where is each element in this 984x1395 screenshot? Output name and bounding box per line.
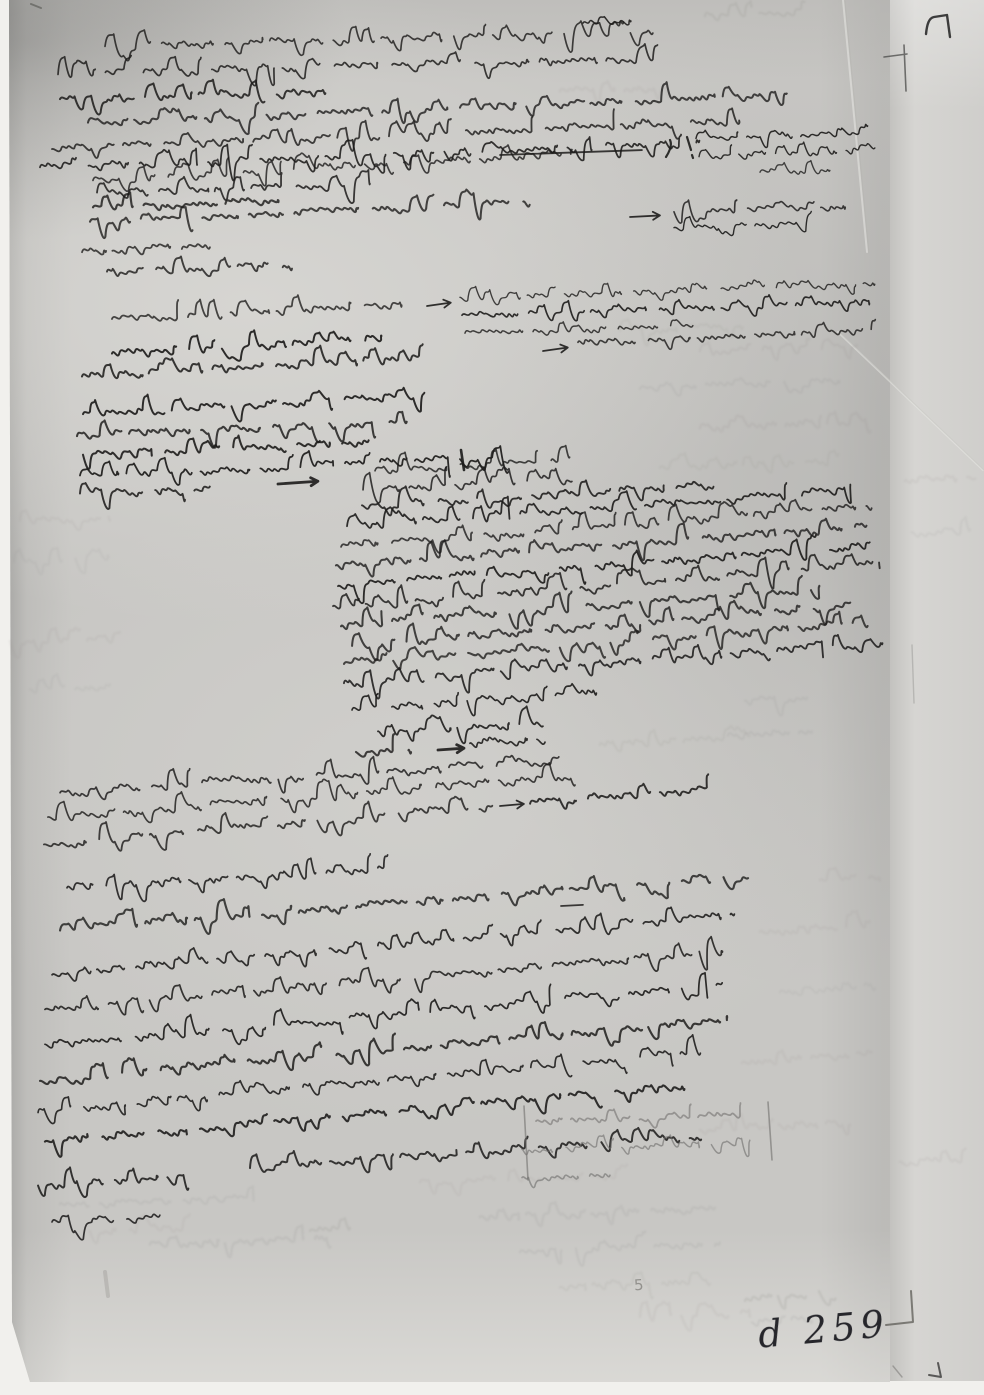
handwriting-line (340, 572, 821, 643)
fold-crease (843, 0, 867, 252)
bleed-line (420, 1164, 628, 1196)
handwriting-line (80, 479, 211, 510)
sheet-number: 5 (633, 1276, 644, 1295)
arrow-icon (278, 477, 318, 488)
handwriting-line (89, 187, 530, 239)
handwriting-line (59, 858, 750, 946)
arrow-icon (630, 211, 660, 221)
handwriting-line (343, 610, 869, 679)
handwriting-line (66, 853, 389, 906)
handwriting-line (674, 211, 812, 237)
arrow-icon (426, 299, 451, 310)
bleed-line (700, 337, 858, 364)
handwriting-line (696, 124, 869, 150)
handwriting-line (674, 195, 846, 224)
handwriting-line (583, 16, 631, 27)
corner-bracket-bottom-right-icon (886, 1291, 913, 1325)
annotation-marks (31, 4, 950, 1377)
pencil-note (522, 1102, 751, 1187)
edge-cross-mark-icon (884, 45, 907, 91)
underline (561, 905, 583, 906)
handwriting-line (87, 77, 787, 140)
arrow-icon (542, 344, 568, 355)
handwriting-layer (0, 0, 984, 1395)
bleed-line (29, 673, 110, 693)
handwriting-line (107, 253, 293, 280)
arrow-icon (438, 744, 464, 754)
handwriting-line (59, 745, 560, 807)
bleed-line (599, 725, 750, 752)
handwriting-line (699, 140, 875, 161)
handwriting-line (47, 759, 576, 832)
pencil-stroke-adjacent-sheet (912, 645, 914, 703)
arrow-icon (500, 800, 525, 810)
bleed-line (620, 316, 743, 347)
handwriting-line (52, 1212, 161, 1241)
bleed-through-writing (10, 0, 975, 1332)
bleed-line (309, 1218, 350, 1232)
handwriting-line (111, 323, 382, 368)
bleed-line (700, 411, 871, 439)
handwriting-line (343, 630, 884, 702)
bleed-line (20, 507, 111, 532)
graphite-smudge (105, 1272, 108, 1296)
bleed-line (741, 1044, 872, 1066)
pencil-line (522, 1130, 751, 1164)
fold-crease (838, 332, 983, 470)
ink-writing (36, 16, 883, 1241)
bleed-line (10, 626, 121, 658)
bleed-line (519, 1229, 720, 1268)
bleed-line (660, 448, 839, 476)
bleed-line (899, 1149, 966, 1167)
speck-top-left (31, 4, 41, 8)
bleed-line (639, 1298, 750, 1332)
bleed-line (819, 865, 880, 884)
handwriting-line (97, 170, 371, 210)
handwriting-line (249, 1123, 702, 1181)
fold-creases (838, 0, 984, 471)
handwriting-line (82, 380, 425, 430)
handwriting-line (351, 678, 597, 724)
handwriting-line (82, 430, 369, 469)
handwriting-line (470, 735, 545, 749)
handwriting-line (462, 290, 870, 326)
bleed-line (699, 1109, 850, 1142)
bleed-line (14, 546, 109, 575)
bleed-line (704, 0, 805, 21)
handwriting-line (460, 273, 875, 308)
handwriting-line (51, 104, 740, 165)
bleed-line (759, 910, 870, 936)
handwriting-line (105, 17, 654, 65)
pencil-bracket-right (768, 1102, 772, 1160)
corner-mark-top-right-icon (926, 15, 950, 37)
handwriting-line (51, 901, 736, 989)
handwriting-line (760, 160, 830, 176)
handwriting-line (60, 77, 326, 116)
handwriting-line (42, 789, 493, 861)
bleed-line (480, 1197, 716, 1229)
dash-adjacent-bottom (893, 1366, 902, 1377)
handwriting-line (81, 340, 424, 383)
handwriting-line (111, 287, 402, 325)
handwriting-line (37, 1161, 188, 1199)
small-check-mark (929, 1363, 941, 1377)
bleed-line (640, 375, 840, 399)
handwriting-line (465, 317, 693, 338)
handwriting-line (82, 243, 210, 257)
bleed-line (912, 517, 971, 537)
ink-insertion-stroke (461, 450, 464, 470)
bleed-line (60, 1186, 254, 1209)
bleed-line (745, 695, 808, 717)
bleed-line (780, 981, 875, 996)
bleed-line (905, 474, 975, 483)
handwriting-line (39, 1005, 729, 1096)
scanned-document: 5 d 259 (0, 0, 984, 1395)
